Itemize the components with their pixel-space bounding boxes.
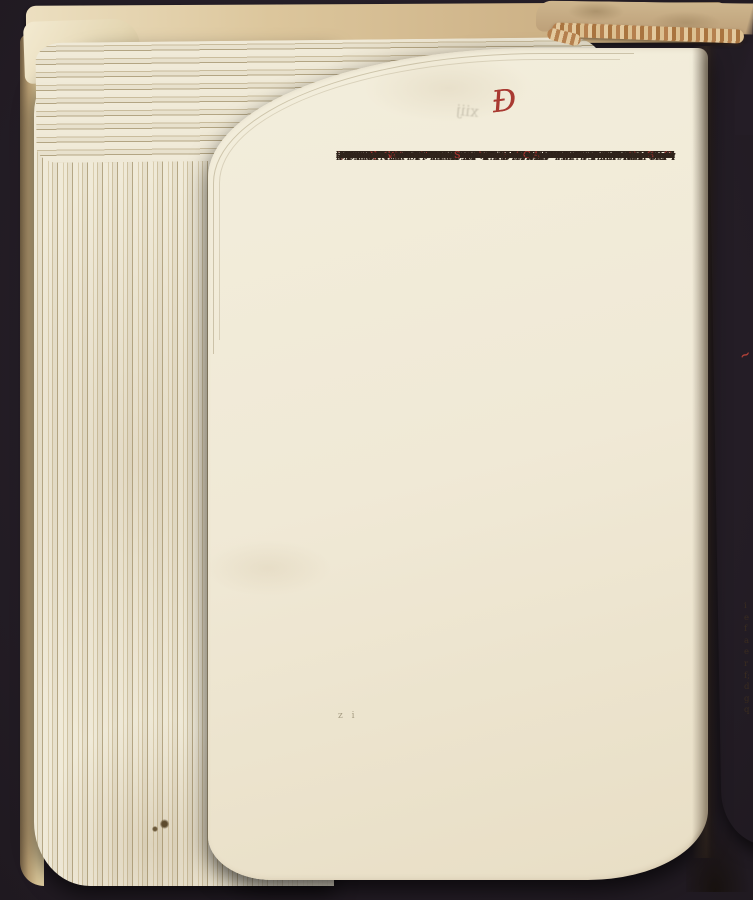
ink-stain-spot (160, 819, 169, 829)
gutter-shadow (692, 46, 718, 858)
red-folio-number-mark: Ɖ (490, 83, 518, 121)
background-corner (735, 0, 753, 135)
show-through-folio-ghost: xiij (455, 101, 479, 121)
gutter-bottom-shadow (686, 820, 750, 892)
facing-page-clipped-text: i e f a e r f; d g q (744, 601, 753, 741)
open-recto-page (208, 48, 708, 880)
quire-signature-mark: z i (338, 711, 357, 721)
book-photograph: xiij Ɖ q: circa hoc diuersi diuersimode … (0, 0, 753, 900)
ink-stain-spot (152, 826, 158, 832)
